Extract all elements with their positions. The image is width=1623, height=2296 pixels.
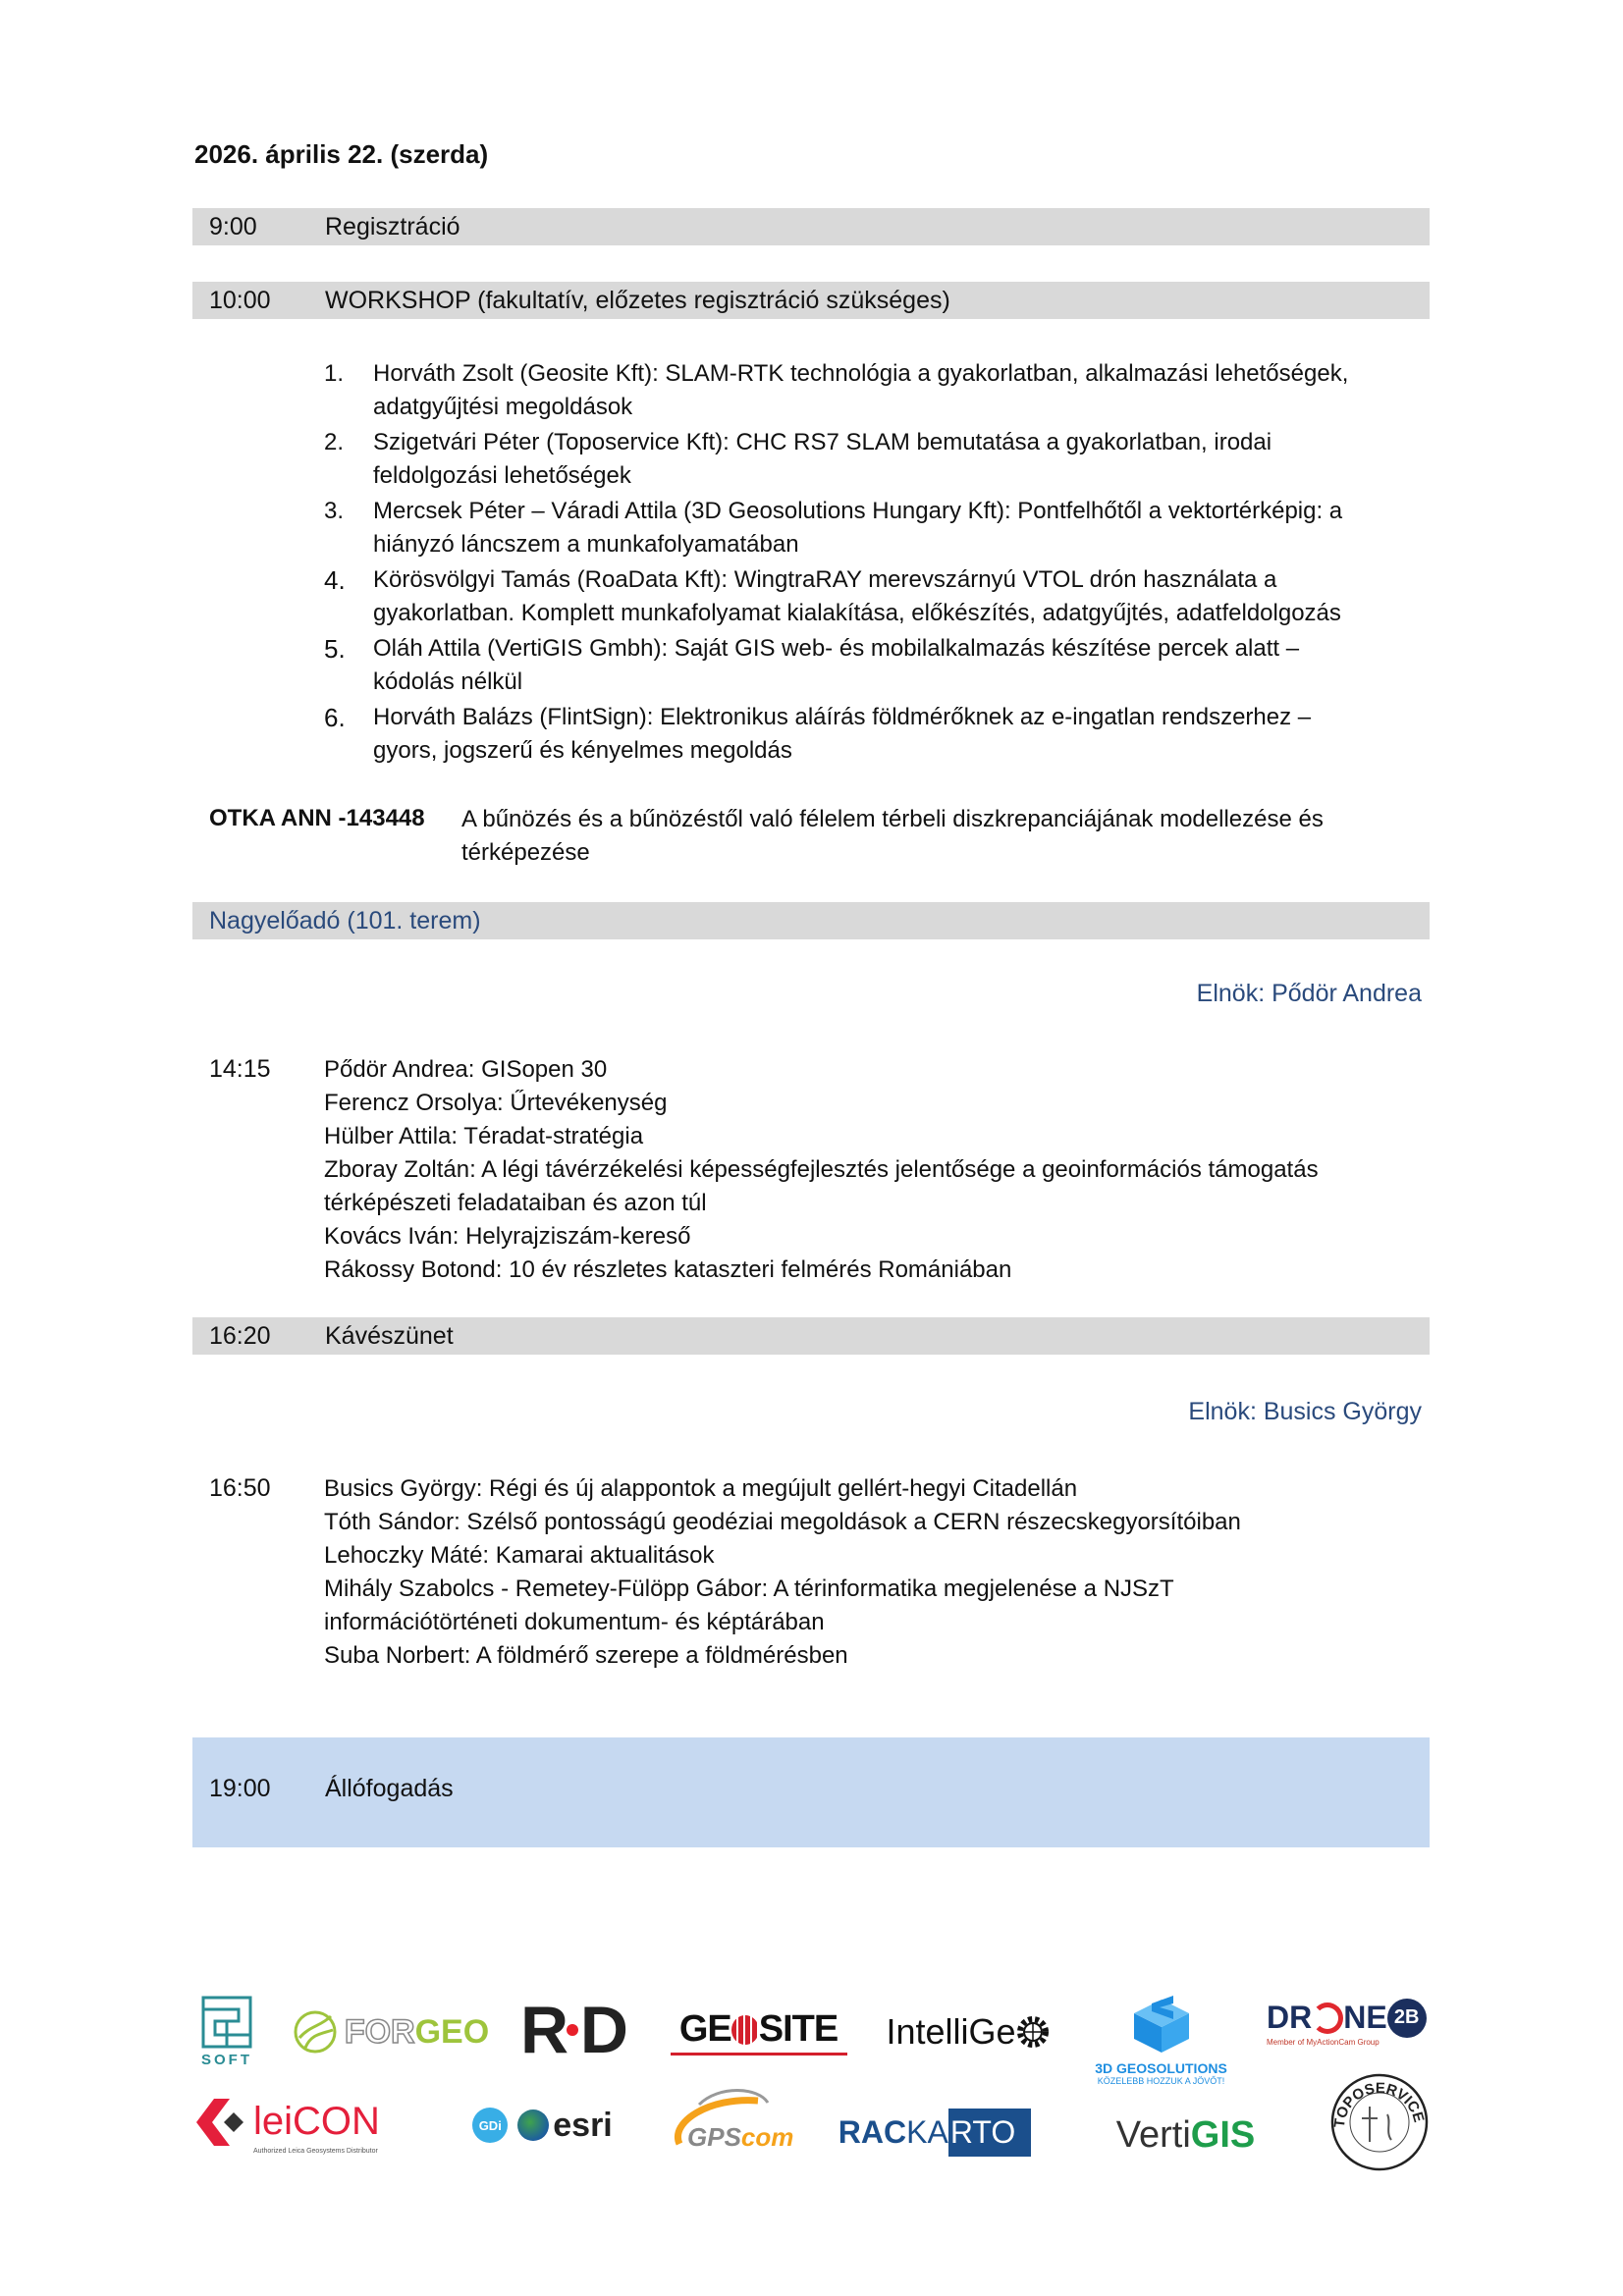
- soft-mark-icon: [201, 1996, 252, 2049]
- workshop-item: 1.Horváth Zsolt (Geosite Kft): SLAM-RTK …: [324, 357, 1424, 424]
- workshop-item-line: Körösvölgyi Tamás (RoaData Kft): Wingtra…: [373, 563, 1424, 597]
- workshop-item-line: Horváth Balázs (FlintSign): Elektronikus…: [373, 701, 1424, 734]
- gpscom-com: com: [741, 2122, 793, 2152]
- forgeo-for: FOR: [345, 2013, 415, 2052]
- drone-ne: NE: [1343, 2000, 1386, 2036]
- rd-dot-icon: [567, 2024, 578, 2036]
- workshop-label: WORKSHOP (fakultatív, előzetes regisztrá…: [325, 284, 950, 317]
- geosite-underline: [671, 2053, 847, 2056]
- esri-wordmark: esri: [553, 2107, 613, 2145]
- logo-leicon: leiCON Authorized Leica Geosystems Distr…: [194, 2091, 430, 2160]
- forgeo-globe-icon: [292, 2008, 339, 2056]
- logo-soft: SOFT: [196, 1993, 257, 2071]
- coffee-time: 16:20: [209, 1319, 271, 1353]
- drone-o-icon: [1312, 2002, 1343, 2034]
- workshop-item-line: Oláh Attila (VertiGIS Gmbh): Saját GIS w…: [373, 632, 1424, 666]
- room-bar: Nagyelőadó (101. terem): [192, 902, 1430, 939]
- workshop-item-line: feldolgozási lehetőségek: [373, 459, 1424, 493]
- drone-2b-badge: 2B: [1387, 1999, 1427, 2038]
- talk-item: Hülber Attila: Téradat-stratégia: [324, 1120, 1319, 1153]
- logo-gdi-esri: GDi esri: [461, 2101, 623, 2150]
- otka-title: A bűnözés és a bűnözéstől való félelem t…: [461, 803, 1404, 870]
- soft-wordmark: SOFT: [201, 2052, 252, 2068]
- session1-talks: Pődör Andrea: GISopen 30 Ferencz Orsolya…: [324, 1053, 1319, 1287]
- talk-item: Pődör Andrea: GISopen 30: [324, 1053, 1319, 1087]
- workshop-bar: 10:00 WORKSHOP (fakultatív, előzetes reg…: [192, 282, 1430, 319]
- esri-globe-icon: [517, 2109, 549, 2141]
- workshop-item-line: Szigetvári Péter (Toposervice Kft): CHC …: [373, 426, 1424, 459]
- workshop-item-line: gyors, jogszerű és kényelmes megoldás: [373, 734, 1424, 768]
- forgeo-geo: GEO: [415, 2013, 490, 2052]
- logo-gpscom: GPScom: [660, 2083, 792, 2160]
- session2-time: 16:50: [209, 1474, 271, 1503]
- logo-geosite: GE SITE: [668, 1998, 849, 2066]
- logo-drone2b: DR NE 2B Member of MyActionCam Group: [1267, 1993, 1434, 2052]
- coffee-label: Kávészünet: [325, 1319, 454, 1353]
- otka-title-line: térképezése: [461, 836, 1404, 870]
- workshop-list: 1.Horváth Zsolt (Geosite Kft): SLAM-RTK …: [324, 357, 1424, 770]
- workshop-item-number: 5.: [324, 632, 346, 666]
- talk-item: Kovács Iván: Helyrajziszám-kereső: [324, 1220, 1319, 1254]
- registration-time: 9:00: [209, 210, 257, 243]
- registration-bar: 9:00 Regisztráció: [192, 208, 1430, 245]
- geosite-site: SITE: [759, 2008, 838, 2051]
- toposervice-seal-icon: TOPOSERVICE: [1326, 2067, 1433, 2173]
- workshop-item: 5.Oláh Attila (VertiGIS Gmbh): Saját GIS…: [324, 632, 1424, 699]
- intelligeo-gear-icon: [1016, 2015, 1050, 2049]
- logo-intelligeo: IntelliGe: [872, 2002, 1063, 2061]
- workshop-item-line: Horváth Zsolt (Geosite Kft): SLAM-RTK te…: [373, 357, 1424, 391]
- workshop-item: 4.Körösvölgyi Tamás (RoaData Kft): Wingt…: [324, 563, 1424, 630]
- otka-title-line: A bűnözés és a bűnözéstől való félelem t…: [461, 803, 1404, 836]
- talk-item: Lehoczky Máté: Kamarai aktualitások: [324, 1539, 1241, 1573]
- session2-chair: Elnök: Busics György: [1188, 1398, 1422, 1426]
- rackarto-rto: RTO: [948, 2109, 1031, 2157]
- session1-time: 14:15: [209, 1055, 271, 1084]
- coffee-break-bar: 16:20 Kávészünet: [192, 1317, 1430, 1355]
- geo3d-title: 3D GEOSOLUTIONS: [1095, 2060, 1227, 2076]
- talk-item: Rákossy Botond: 10 év részletes kataszte…: [324, 1254, 1319, 1287]
- workshop-time: 10:00: [209, 284, 271, 317]
- reception-label: Állófogadás: [325, 1775, 454, 1803]
- geosite-ge: GE: [679, 2008, 731, 2051]
- talk-item: Zboray Zoltán: A légi távérzékelési képe…: [324, 1153, 1319, 1187]
- logo-3d-geosolutions: 3D GEOSOLUTIONS KÖZELEBB HOZZUK A JÖVŐT!: [1075, 1988, 1247, 2091]
- workshop-item: 3.Mercsek Péter – Váradi Attila (3D Geos…: [324, 495, 1424, 561]
- workshop-item-number: 4.: [324, 563, 346, 597]
- geo3d-cube-icon: [1130, 1994, 1193, 2055]
- gdi-badge: GDi: [472, 2108, 508, 2143]
- talk-item: Suba Norbert: A földmérő szerepe a földm…: [324, 1639, 1241, 1673]
- talk-item: térképészeti feladataiban és azon túl: [324, 1187, 1319, 1220]
- logo-forgeo: FOR GEO: [290, 2002, 491, 2061]
- workshop-item-number: 6.: [324, 701, 346, 734]
- leicon-chevron-icon: [194, 2097, 247, 2148]
- workshop-item-line: adatgyűjtési megoldások: [373, 391, 1424, 424]
- leicon-tagline: Authorized Leica Geosystems Distributor: [253, 2148, 378, 2155]
- geosite-globe-icon: [731, 2015, 759, 2045]
- date-heading: 2026. április 22. (szerda): [194, 137, 488, 171]
- talk-item: Tóth Sándor: Szélső pontosságú geodéziai…: [324, 1506, 1241, 1539]
- rd-r: R: [520, 1992, 565, 2068]
- talk-item: Mihály Szabolcs - Remetey-Fülöpp Gábor: …: [324, 1573, 1241, 1606]
- logo-rackarto: RAC KA RTO: [837, 2106, 1033, 2160]
- workshop-item-number: 2.: [324, 426, 344, 459]
- reception-bar: 19:00 Állófogadás: [192, 1737, 1430, 1847]
- gpscom-gps: GPS: [687, 2122, 741, 2152]
- leicon-wordmark: leiCON: [253, 2100, 380, 2144]
- vertigis-verti: Verti: [1116, 2114, 1191, 2157]
- logo-rd: R D: [520, 1993, 628, 2066]
- registration-label: Regisztráció: [325, 210, 460, 243]
- workshop-item-line: gyakorlatban. Komplett munkafolyamat kia…: [373, 597, 1424, 630]
- session2-talks: Busics György: Régi és új alappontok a m…: [324, 1472, 1241, 1673]
- talk-item: Ferencz Orsolya: Űrtevékenység: [324, 1087, 1319, 1120]
- session1-chair: Elnök: Pődör Andrea: [1197, 980, 1422, 1008]
- workshop-item-line: kódolás nélkül: [373, 666, 1424, 699]
- rackarto-ka: KA: [906, 2114, 948, 2151]
- geo3d-tagline: KÖZELEBB HOZZUK A JÖVŐT!: [1098, 2076, 1225, 2086]
- logo-vertigis: Verti GIS: [1100, 2110, 1271, 2160]
- workshop-item-line: hiányzó láncszem a munkafolyamatában: [373, 528, 1424, 561]
- workshop-item-line: Mercsek Péter – Váradi Attila (3D Geosol…: [373, 495, 1424, 528]
- room-label: Nagyelőadó (101. terem): [209, 904, 481, 937]
- reception-time: 19:00: [209, 1775, 271, 1803]
- otka-id: OTKA ANN -143448: [209, 805, 425, 832]
- workshop-item-number: 3.: [324, 495, 344, 528]
- logo-toposervice: TOPOSERVICE: [1325, 2066, 1434, 2174]
- vertigis-gis: GIS: [1191, 2114, 1255, 2157]
- intelligeo-wordmark: IntelliGe: [886, 2011, 1015, 2053]
- drone-tagline: Member of MyActionCam Group: [1267, 2038, 1380, 2047]
- talk-item: Busics György: Régi és új alappontok a m…: [324, 1472, 1241, 1506]
- drone-dr: DR: [1267, 2000, 1312, 2036]
- rd-d: D: [580, 1992, 628, 2068]
- workshop-item: 6.Horváth Balázs (FlintSign): Elektronik…: [324, 701, 1424, 768]
- workshop-item-number: 1.: [324, 357, 344, 391]
- workshop-item: 2.Szigetvári Péter (Toposervice Kft): CH…: [324, 426, 1424, 493]
- talk-item: információtörténeti dokumentum- és képtá…: [324, 1606, 1241, 1639]
- rackarto-rac: RAC: [839, 2114, 906, 2151]
